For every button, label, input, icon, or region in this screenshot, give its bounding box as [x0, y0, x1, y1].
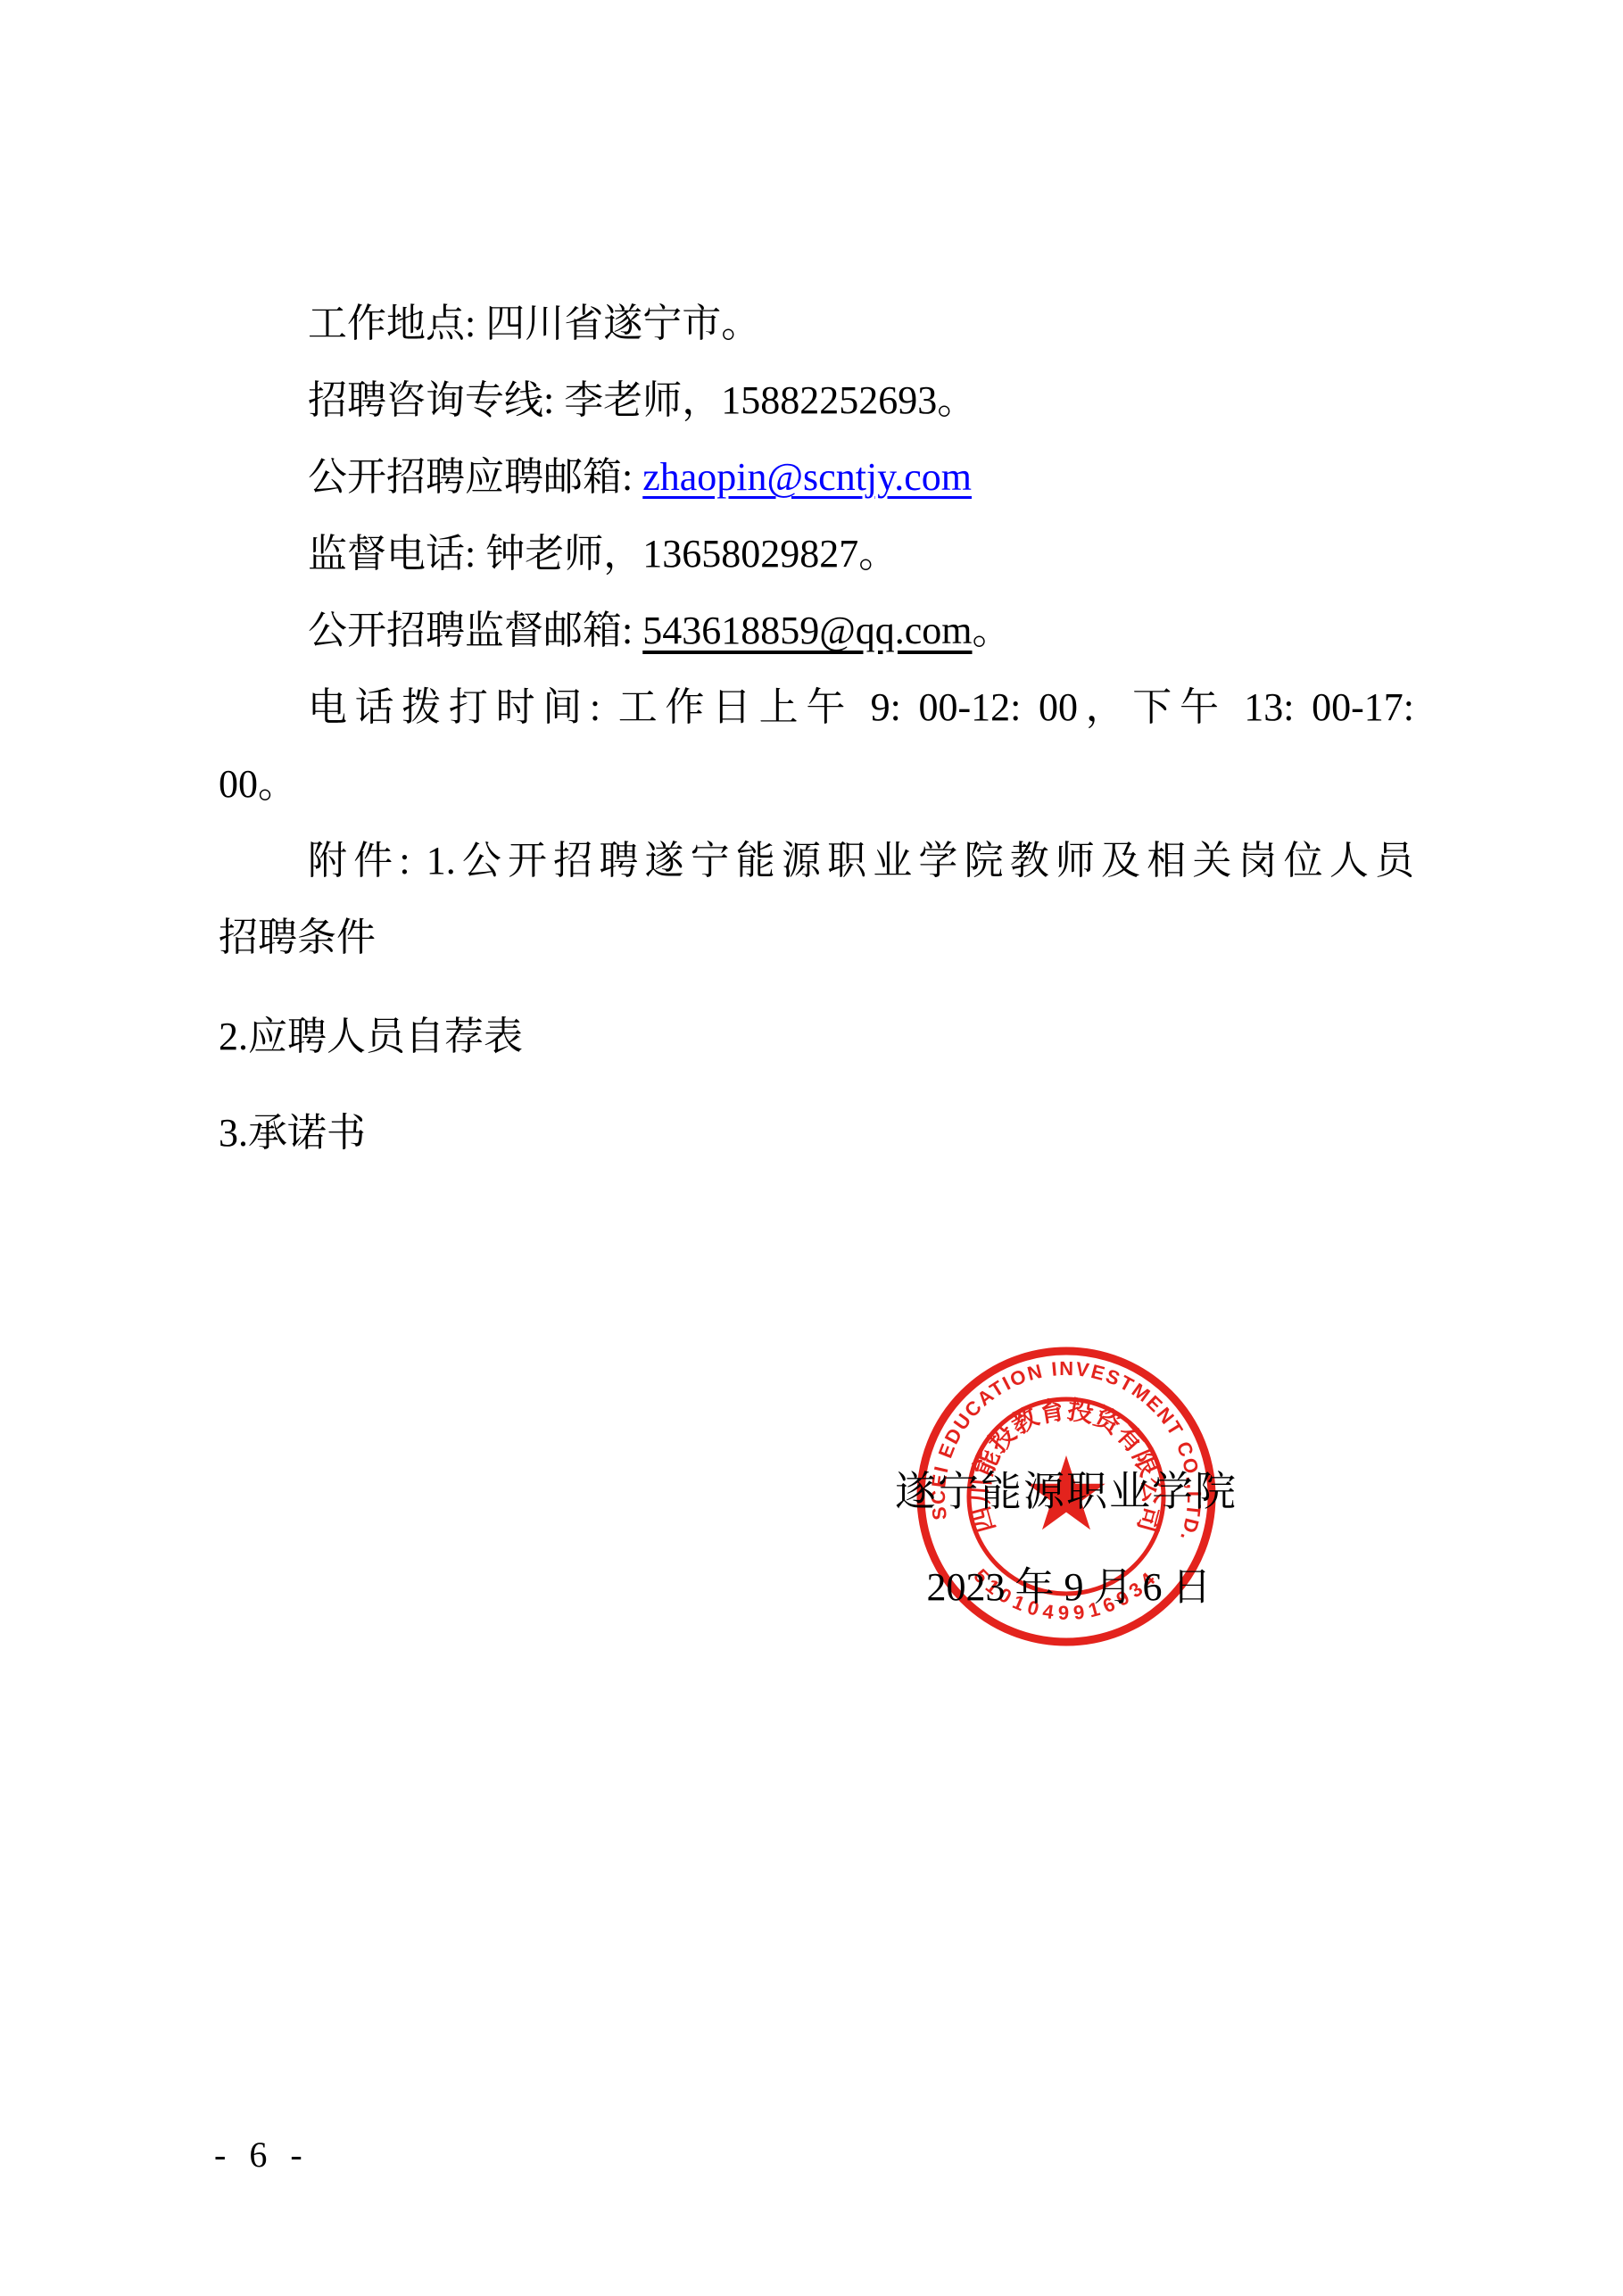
document-body: 工作地点: 四川省遂宁市。 招聘咨询专线: 李老师，15882252693。 公…	[219, 286, 1414, 1172]
apply-email-link[interactable]: zhaopin@scntjy.com	[642, 455, 972, 499]
attachment-label: 附件:	[308, 839, 426, 883]
paragraph-supervise-email: 公开招聘监督邮箱: 543618859@qq.com。	[219, 593, 1414, 669]
attachment-item1-line2: 招聘条件	[219, 899, 1414, 976]
attachment-item1-number: 1.	[426, 839, 456, 883]
paragraph-call-time-line1: 电话拨打时间: 工作日上午 9: 00-12: 00，下午 13: 00-17:	[219, 669, 1414, 746]
apply-email-label: 公开招聘应聘邮箱:	[308, 455, 642, 499]
attachment-item1-text: 公开招聘遂宁能源职业学院教师及相关岗位人员	[456, 839, 1414, 883]
signature-organization: 遂宁能源职业学院	[895, 1468, 1238, 1516]
paragraph-supervise-phone: 监督电话: 钟老师，13658029827。	[219, 516, 1414, 593]
supervise-email-suffix: 。	[973, 609, 1012, 652]
paragraph-work-location: 工作地点: 四川省遂宁市。	[219, 286, 1414, 362]
signature-date: 2023 年 9 月 6 日	[927, 1564, 1212, 1611]
attachment-item1-line1: 附件: 1.公开招聘遂宁能源职业学院教师及相关岗位人员	[219, 823, 1414, 899]
supervise-email-label: 公开招聘监督邮箱:	[308, 609, 642, 652]
attachment-item2: 2.应聘人员自荐表	[219, 999, 1414, 1075]
supervise-email-link[interactable]: 543618859@qq.com	[642, 609, 972, 652]
paragraph-hotline: 招聘咨询专线: 李老师，15882252693。	[219, 362, 1414, 439]
attachment-item3: 3.承诺书	[219, 1095, 1414, 1172]
document-page: 工作地点: 四川省遂宁市。 招聘咨询专线: 李老师，15882252693。 公…	[0, 0, 1623, 2296]
paragraph-apply-email: 公开招聘应聘邮箱: zhaopin@scntjy.com	[219, 439, 1414, 516]
page-number: - 6 -	[214, 2134, 310, 2176]
paragraph-call-time-line2: 00。	[219, 746, 1414, 823]
